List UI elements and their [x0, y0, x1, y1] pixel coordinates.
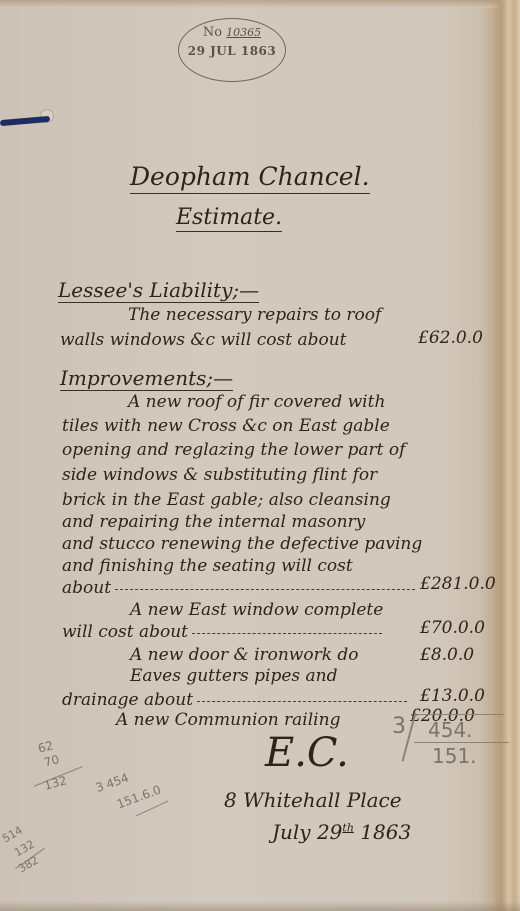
section-heading-lessees-liability: Lessee's Liability;— [58, 278, 259, 303]
text-line: brick in the East gable; also cleansing [62, 490, 391, 510]
text-line: drainage about [62, 690, 411, 710]
stamp-number: No 10365 [179, 25, 285, 40]
binding-string [0, 116, 50, 126]
text-line: tiles with new Cross &c on East gable [62, 416, 390, 436]
page-binding-edge [492, 0, 520, 911]
text-line: and finishing the seating will cost [62, 556, 353, 576]
section-heading-improvements: Improvements;— [60, 366, 233, 391]
address: 8 Whitehall Place [224, 788, 402, 812]
text-line: and repairing the internal masonry [62, 512, 365, 532]
amount-east-window: £70.0.0 [420, 618, 485, 638]
receipt-stamp: No 10365 29 JUL 1863 [178, 18, 286, 82]
text-line: The necessary repairs to roof [128, 305, 381, 325]
document-subtitle: Estimate. [176, 205, 282, 232]
pencil-divisor: 3 [392, 714, 406, 739]
document-date: July 29th 1863 [272, 820, 411, 844]
text-line: side windows & substituting flint for [62, 465, 377, 485]
pencil-sum-b: 70 [42, 752, 60, 769]
text-line: Eaves gutters pipes and [130, 666, 338, 686]
signature-initials: E.C. [265, 730, 349, 776]
text-line: about [62, 578, 419, 598]
pencil-division-line [414, 714, 504, 715]
text-line: A new roof of fir covered with [128, 392, 385, 412]
amount-eaves-drainage: £13.0.0 [420, 686, 485, 706]
stamp-date: 29 JUL 1863 [179, 44, 285, 58]
text-line: opening and reglazing the lower part of [62, 440, 405, 460]
pencil-sum-total: 132 [43, 773, 69, 792]
amount-door-ironwork: £8.0.0 [420, 645, 474, 665]
pencil-quotient-line [414, 742, 509, 743]
page-top-shadow [0, 0, 520, 8]
pencil-quotient: 151. [432, 744, 477, 768]
text-line: A new Communion railing [116, 710, 340, 730]
pencil-left-divisor: 3 [94, 779, 106, 795]
page-bottom-shadow [0, 901, 520, 911]
text-line: A new door & ironwork do [130, 645, 359, 665]
text-line: walls windows &c will cost about [60, 330, 347, 350]
pencil-dividend: 454. [428, 718, 473, 742]
amount-roof-repairs: £62.0.0 [418, 328, 483, 348]
text-line: will cost about [62, 622, 386, 642]
text-line: A new East window complete [130, 600, 383, 620]
amount-roof-improvements: £281.0.0 [420, 574, 496, 594]
document-title: Deopham Chancel. [130, 162, 370, 194]
pencil-left-dividend: 454 [104, 771, 130, 792]
text-line: and stucco renewing the defective paving [62, 534, 422, 554]
